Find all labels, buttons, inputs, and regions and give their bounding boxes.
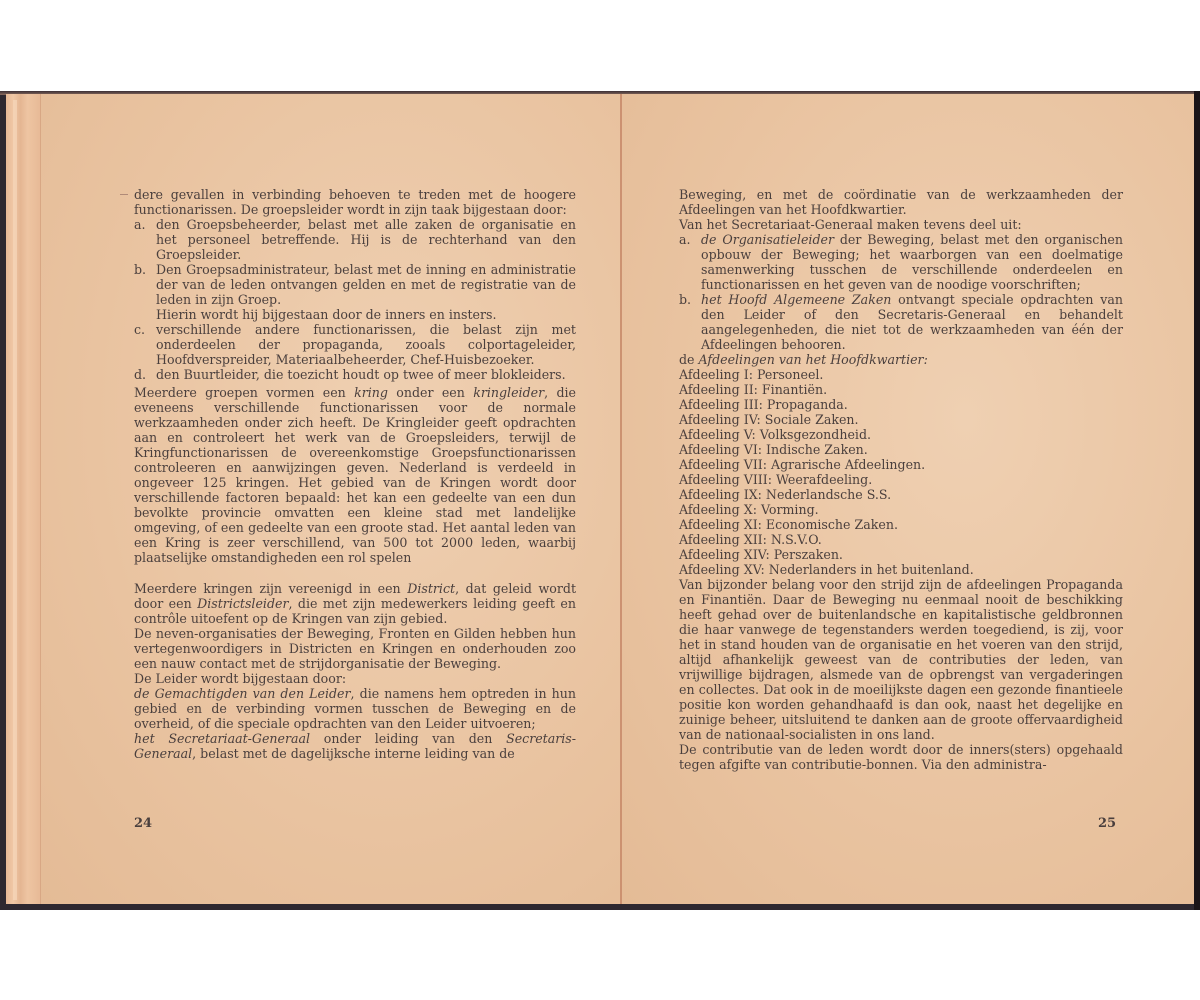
emphasis-kringleider: kringleider bbox=[473, 385, 544, 400]
page-number-left: 24 bbox=[134, 816, 152, 831]
text-run: , belast met de dagelijksche interne lei… bbox=[192, 746, 515, 761]
right-page: Beweging, en met de coördinatie van de w… bbox=[622, 94, 1194, 904]
list-label: a. bbox=[134, 217, 146, 232]
emphasis-district: District bbox=[407, 581, 455, 596]
list-item-d: d. den Buurtleider, die toezicht houdt o… bbox=[134, 367, 576, 382]
afdeeling-item: Afdeeling XI: Economische Zaken. bbox=[679, 517, 1123, 532]
text-run: onder leiding van den bbox=[310, 731, 506, 746]
afdeeling-item: Afdeeling X: Vorming. bbox=[679, 502, 1123, 517]
afdeelingen-heading: de Afdeelingen van het Hoofdkwartier: bbox=[679, 352, 1123, 367]
text-run: , die eveneens verschillende functionari… bbox=[134, 385, 576, 565]
list-text: den Buurtleider, die toezicht houdt op t… bbox=[156, 367, 566, 382]
afdeeling-item: Afdeeling VII: Agrarische Afdeelingen. bbox=[679, 457, 1123, 472]
neven-paragraph: De neven-organisaties der Beweging, Fron… bbox=[134, 626, 576, 671]
list-text: verschillende andere functionarissen, di… bbox=[156, 322, 576, 367]
list-text: den Groepsbeheerder, belast met alle zak… bbox=[156, 217, 576, 262]
right-intro: Beweging, en met de coördinatie van de w… bbox=[679, 187, 1123, 217]
text-run: onder een bbox=[388, 385, 473, 400]
page-number-right: 25 bbox=[1098, 816, 1116, 831]
afdeeling-item: Afdeeling I: Personeel. bbox=[679, 367, 1123, 382]
list-text: Den Groepsadministrateur, belast met de … bbox=[156, 262, 576, 307]
list-note: Hierin wordt hij bijgestaan door de inne… bbox=[156, 307, 496, 322]
list-label: c. bbox=[134, 322, 145, 337]
list-item-a: a. de Organisatieleider der Beweging, be… bbox=[679, 232, 1123, 292]
afdeeling-item: Afdeeling II: Finantiën. bbox=[679, 382, 1123, 397]
emphasis-organisatieleider: de Organisatieleider bbox=[701, 232, 834, 247]
paragraph-gap bbox=[134, 565, 576, 581]
emphasis-districtsleider: Districtsleider bbox=[197, 596, 288, 611]
list-label: b. bbox=[134, 262, 146, 277]
leider-line: De Leider wordt bijgestaan door: bbox=[134, 671, 576, 686]
list-label: a. bbox=[679, 232, 691, 247]
list-item-a: a. den Groepsbeheerder, belast met alle … bbox=[134, 217, 576, 262]
right-page-body: Beweging, en met de coördinatie van de w… bbox=[679, 187, 1123, 772]
emphasis-secretariaat: het Secretariaat-Generaal bbox=[134, 731, 310, 746]
secretariaat-paragraph: het Secretariaat-Generaal onder leiding … bbox=[134, 731, 576, 761]
ink-mark bbox=[120, 194, 128, 195]
page-stack-edge bbox=[6, 94, 42, 904]
afdeeling-item: Afdeeling V: Volksgezondheid. bbox=[679, 427, 1123, 442]
district-paragraph: Meerdere kringen zijn vereenigd in een D… bbox=[134, 581, 576, 626]
emphasis-gemachtigden: de Gemachtigden van den Leider bbox=[134, 686, 351, 701]
afdeeling-item: Afdeeling XV: Nederlanders in het buiten… bbox=[679, 562, 1123, 577]
left-intro: dere gevallen in verbinding behoeven te … bbox=[134, 187, 576, 217]
list-item-c: c. verschillende andere functionarissen,… bbox=[134, 322, 576, 367]
list-label: d. bbox=[134, 367, 146, 382]
emphasis-hoofd-algemeene-zaken: het Hoofd Algemeene Zaken bbox=[701, 292, 891, 307]
open-book: dere gevallen in verbinding behoeven te … bbox=[0, 91, 1200, 910]
left-page-body: dere gevallen in verbinding behoeven te … bbox=[134, 187, 576, 761]
secretariaat-line: Van het Secretariaat-Generaal maken teve… bbox=[679, 217, 1123, 232]
gemachtigden-paragraph: de Gemachtigden van den Leider, die name… bbox=[134, 686, 576, 731]
emphasis-kring: kring bbox=[354, 385, 388, 400]
emphasis-afdeelingen: Afdeelingen van het Hoofdkwartier: bbox=[699, 352, 928, 367]
afdeeling-item: Afdeeling IX: Nederlandsche S.S. bbox=[679, 487, 1123, 502]
text-run: Meerdere groepen vormen een bbox=[134, 385, 354, 400]
afdeeling-item: Afdeeling VI: Indische Zaken. bbox=[679, 442, 1123, 457]
left-page: dere gevallen in verbinding behoeven te … bbox=[40, 94, 623, 904]
list-item-b: b. het Hoofd Algemeene Zaken ontvangt sp… bbox=[679, 292, 1123, 352]
text-run: Meerdere kringen zijn vereenigd in een bbox=[134, 581, 407, 596]
afdeeling-item: Afdeeling IV: Sociale Zaken. bbox=[679, 412, 1123, 427]
afdeeling-item: Afdeeling XIV: Perszaken. bbox=[679, 547, 1123, 562]
contributie-paragraph: De contributie van de leden wordt door d… bbox=[679, 742, 1123, 772]
list-item-b: b. Den Groepsadministrateur, belast met … bbox=[134, 262, 576, 322]
afdeeling-item: Afdeeling III: Propaganda. bbox=[679, 397, 1123, 412]
afdeeling-item: Afdeeling VIII: Weerafdeeling. bbox=[679, 472, 1123, 487]
afdeeling-item: Afdeeling XII: N.S.V.O. bbox=[679, 532, 1123, 547]
book-right-edge bbox=[1194, 91, 1200, 910]
belang-paragraph: Van bijzonder belang voor den strijd zij… bbox=[679, 577, 1123, 742]
list-label: b. bbox=[679, 292, 691, 307]
text-run: de bbox=[679, 352, 699, 367]
kring-paragraph: Meerdere groepen vormen een kring onder … bbox=[134, 385, 576, 565]
